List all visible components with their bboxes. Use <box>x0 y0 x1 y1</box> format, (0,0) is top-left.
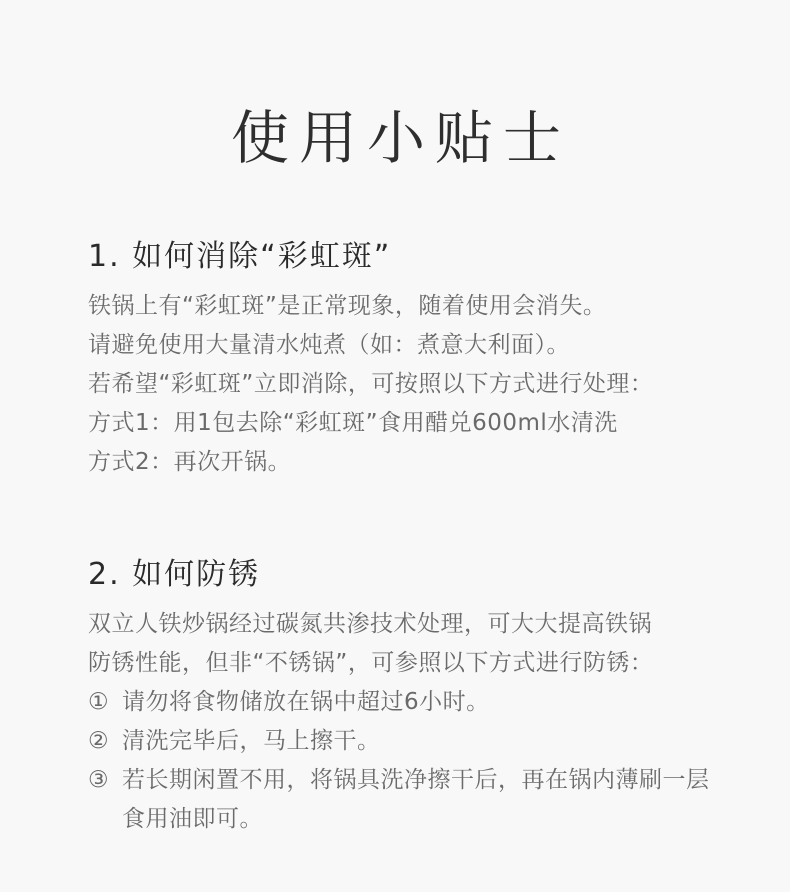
list-item: ② 清洗完毕后，马上擦干。 <box>88 722 728 761</box>
list-item-text: 请勿将食物储放在锅中超过6小时。 <box>122 683 728 722</box>
list-item: ① 请勿将食物储放在锅中超过6小时。 <box>88 683 728 722</box>
method-2-line: 方式2：再次开锅。 <box>88 443 728 482</box>
paragraph-line: 防锈性能，但非“不锈锅”，可参照以下方式进行防锈： <box>88 644 728 683</box>
section-heading: 1. 如何消除“彩虹斑” <box>88 237 728 277</box>
method-1-line: 方式1：用1包去除“彩虹斑”食用醋兑600ml水清洗 <box>88 404 728 443</box>
list-item-text: 清洗完毕后，马上擦干。 <box>122 722 728 761</box>
paragraph-line: 请避免使用大量清水炖煮（如：煮意大利面）。 <box>88 326 728 365</box>
section-rust-prevention: 2. 如何防锈 双立人铁炒锅经过碳氮共渗技术处理，可大大提高铁锅 防锈性能，但非… <box>88 555 728 839</box>
list-item-text: 若长期闲置不用，将锅具洗净擦干后，再在锅内薄刷一层食用油即可。 <box>122 761 728 839</box>
section-heading: 2. 如何防锈 <box>88 555 728 595</box>
circled-number-1: ① <box>88 683 122 722</box>
paragraph-line: 双立人铁炒锅经过碳氮共渗技术处理，可大大提高铁锅 <box>88 605 728 644</box>
list-item: ③ 若长期闲置不用，将锅具洗净擦干后，再在锅内薄刷一层食用油即可。 <box>88 761 728 839</box>
section-rainbow-stain: 1. 如何消除“彩虹斑” 铁锅上有“彩虹斑”是正常现象，随着使用会消失。 请避免… <box>88 237 728 482</box>
circled-number-3: ③ <box>88 761 122 839</box>
circled-number-2: ② <box>88 722 122 761</box>
page-title: 使用小贴士 <box>0 100 790 176</box>
paragraph-line: 铁锅上有“彩虹斑”是正常现象，随着使用会消失。 <box>88 287 728 326</box>
paragraph-line: 若希望“彩虹斑”立即消除，可按照以下方式进行处理： <box>88 365 728 404</box>
